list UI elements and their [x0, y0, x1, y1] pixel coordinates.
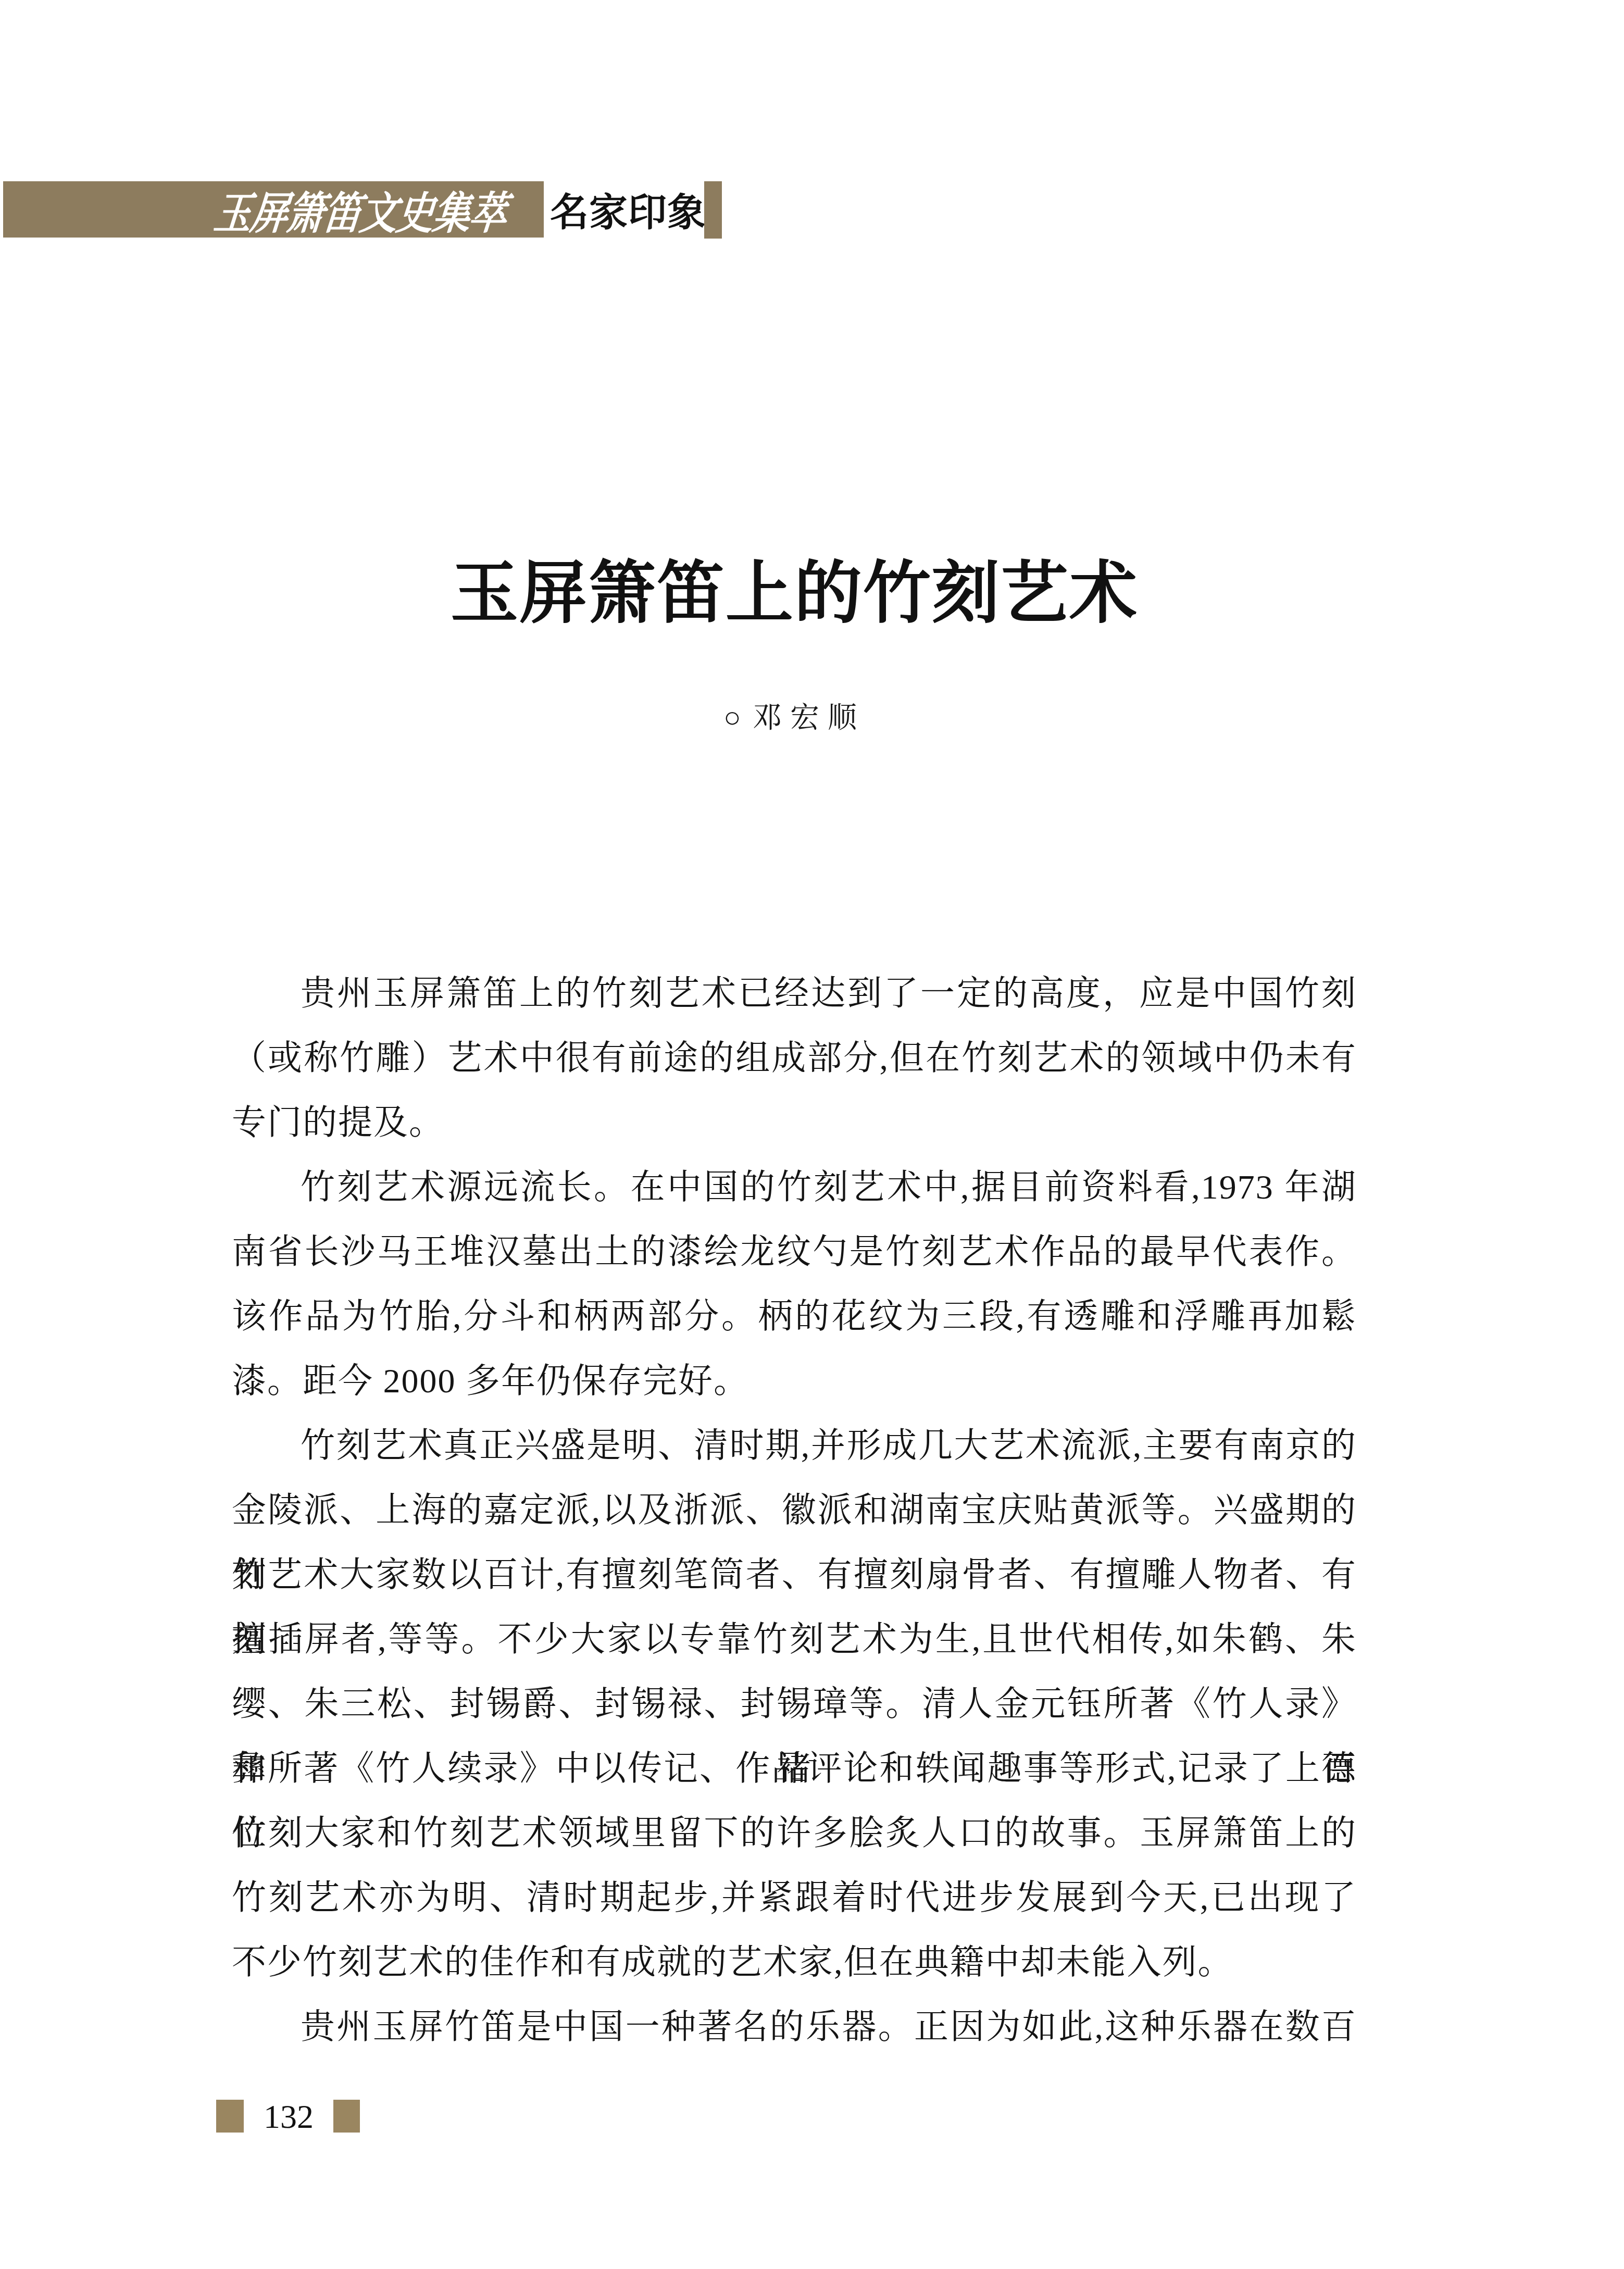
body-line: 缨、朱三松、封锡爵、封锡禄、封锡璋等。清人金元钰所著《竹人录》和褚德: [232, 1672, 1357, 1737]
author-marker-circle: ○: [723, 702, 749, 734]
body-line: 不少竹刻艺术的佳作和有成就的艺术家,但在典籍中却未能入列。: [232, 1930, 1357, 1995]
body-line: 竹刻大家和竹刻艺术领域里留下的许多脍炙人口的故事。玉屏箫笛上的: [232, 1801, 1357, 1866]
body-line: 刻艺术大家数以百计,有擅刻笔筒者、有擅刻扇骨者、有擅雕人物者、有擅: [232, 1543, 1357, 1607]
body-line: （或称竹雕）艺术中很有前途的组成部分,但在竹刻艺术的领域中仍未有: [232, 1026, 1357, 1091]
author-byline: ○邓宏顺: [232, 700, 1357, 735]
masthead-calligraphy: 玉屏箫笛文史集萃: [211, 178, 510, 242]
section-label: 名家印象: [550, 181, 706, 238]
footer-right-square: [333, 2100, 360, 2133]
body-line: 金陵派、上海的嘉定派,以及浙派、徽派和湖南宝庆贴黄派等。兴盛期的竹: [232, 1478, 1357, 1543]
footer-left-square: [216, 2100, 244, 2133]
masthead-end-block: [704, 181, 722, 239]
body-line: 刻插屏者,等等。不少大家以专靠竹刻艺术为生,且世代相传,如朱鹤、朱: [232, 1607, 1357, 1672]
body-line: 竹刻艺术源远流长。在中国的竹刻艺术中,据目前资料看,1973 年湖: [232, 1155, 1357, 1220]
body-line: 该作品为竹胎,分斗和柄两部分。柄的花纹为三段,有透雕和浮雕再加鬆: [232, 1285, 1357, 1349]
body-line: 贵州玉屏竹笛是中国一种著名的乐器。正因为如此,这种乐器在数百: [232, 1995, 1357, 2060]
masthead-band: 玉屏箫笛文史集萃: [3, 181, 544, 238]
article-title: 玉屏箫笛上的竹刻艺术: [232, 557, 1357, 630]
body-text-block: 贵州玉屏箫笛上的竹刻艺术已经达到了一定的高度，应是中国竹刻（或称竹雕）艺术中很有…: [232, 962, 1357, 2060]
book-page: 玉屏箫笛文史集萃 名家印象 玉屏箫笛上的竹刻艺术 ○邓宏顺 贵州玉屏箫笛上的竹刻…: [0, 0, 1624, 2269]
body-line: 南省长沙马王堆汉墓出土的漆绘龙纹勺是竹刻艺术作品的最早代表作。: [232, 1220, 1357, 1285]
page-number: 132: [244, 2100, 333, 2133]
body-line: 贵州玉屏箫笛上的竹刻艺术已经达到了一定的高度，应是中国竹刻: [232, 962, 1357, 1026]
body-line: 漆。距今 2000 多年仍保存完好。: [232, 1349, 1357, 1414]
author-name: 邓宏顺: [753, 702, 865, 734]
body-line: 彝所著《竹人续录》中以传记、作品评论和轶闻趣事等形式,记录了上百位: [232, 1737, 1357, 1801]
body-line: 竹刻艺术亦为明、清时期起步,并紧跟着时代进步发展到今天,已出现了: [232, 1866, 1357, 1930]
body-line: 竹刻艺术真正兴盛是明、清时期,并形成几大艺术流派,主要有南京的: [232, 1414, 1357, 1478]
body-line: 专门的提及。: [232, 1091, 1357, 1155]
